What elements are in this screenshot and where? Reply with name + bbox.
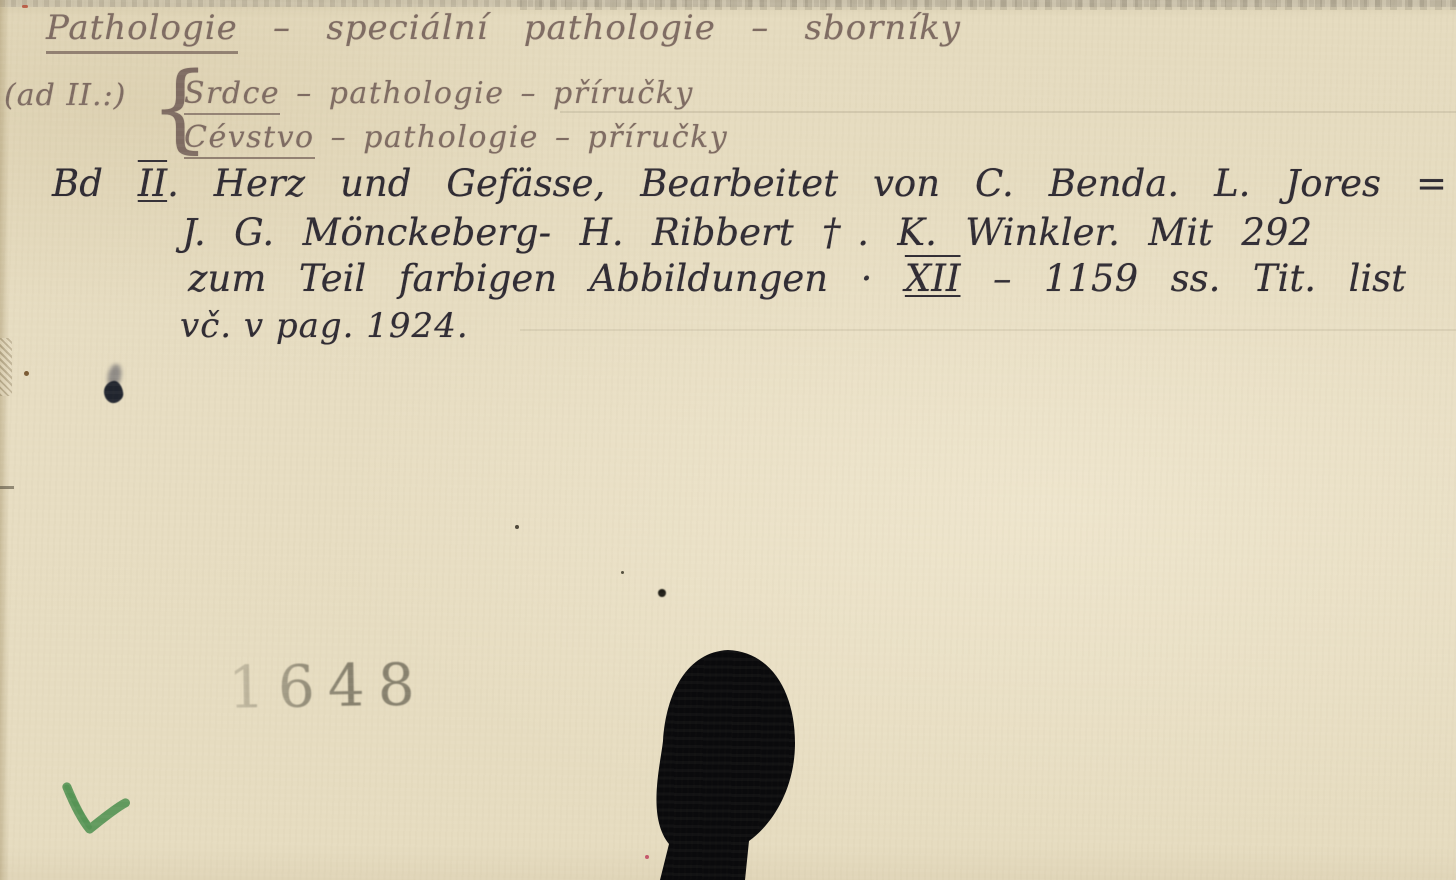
- entry-line-3: zum Teil farbigen Abbildungen · XII – 11…: [188, 257, 1406, 300]
- ink-dot: [658, 589, 666, 597]
- classification-term: Srdce: [184, 76, 280, 115]
- classification-rest: – pathologie – příručky: [280, 76, 694, 111]
- entry-line-4: vč. v pag. 1924.: [180, 306, 469, 346]
- entry-line-1-rest: . Herz und Gefässe, Bearbeitet von C. Be…: [167, 162, 1447, 205]
- paper-speck: [515, 525, 519, 529]
- paper-speck: [621, 571, 624, 574]
- entry-line-3-rest: – 1159 ss. Tit. list: [993, 257, 1406, 300]
- checkmark-icon: [57, 773, 145, 848]
- accession-number-stamp: 1648: [227, 650, 428, 721]
- classification-rest: – pathologie – příručky: [315, 120, 729, 155]
- classification-prefix: (ad II.:): [4, 78, 126, 113]
- subject-heading-rest: – speciální pathologie – sborníky: [238, 8, 961, 48]
- volume-roman-numeral: II: [138, 162, 167, 205]
- red-speck: [22, 5, 28, 8]
- entry-line-1: Bd II. Herz und Gefässe, Bearbeitet von …: [52, 162, 1447, 205]
- paper-speck: [24, 371, 29, 376]
- ink-blot: [103, 380, 125, 404]
- classification-entry-cevstvo: Cévstvo – pathologie – příručky: [184, 120, 728, 155]
- catalog-card: Pathologie – speciální pathologie – sbor…: [0, 0, 1456, 880]
- subject-heading-term: Pathologie: [46, 8, 238, 54]
- punch-hole: [640, 645, 810, 880]
- entry-line-1-pre: Bd: [52, 162, 138, 205]
- subject-heading-line: Pathologie – speciální pathologie – sbor…: [46, 8, 961, 48]
- entry-line-3-pre: zum Teil farbigen Abbildungen ·: [188, 257, 872, 300]
- pages-roman-numeral: XII: [905, 257, 961, 300]
- red-speck: [645, 855, 649, 859]
- scan-edge-left: [0, 0, 9, 880]
- paper-crease: [560, 111, 1456, 113]
- entry-line-2: J. G. Mönckeberg- H. Ribbert †. K. Winkl…: [182, 211, 1312, 254]
- paper-crease: [520, 329, 1456, 331]
- classification-entry-srdce: Srdce – pathologie – příručky: [184, 76, 694, 111]
- classification-term: Cévstvo: [184, 120, 315, 159]
- scan-edge-notch: [0, 338, 12, 396]
